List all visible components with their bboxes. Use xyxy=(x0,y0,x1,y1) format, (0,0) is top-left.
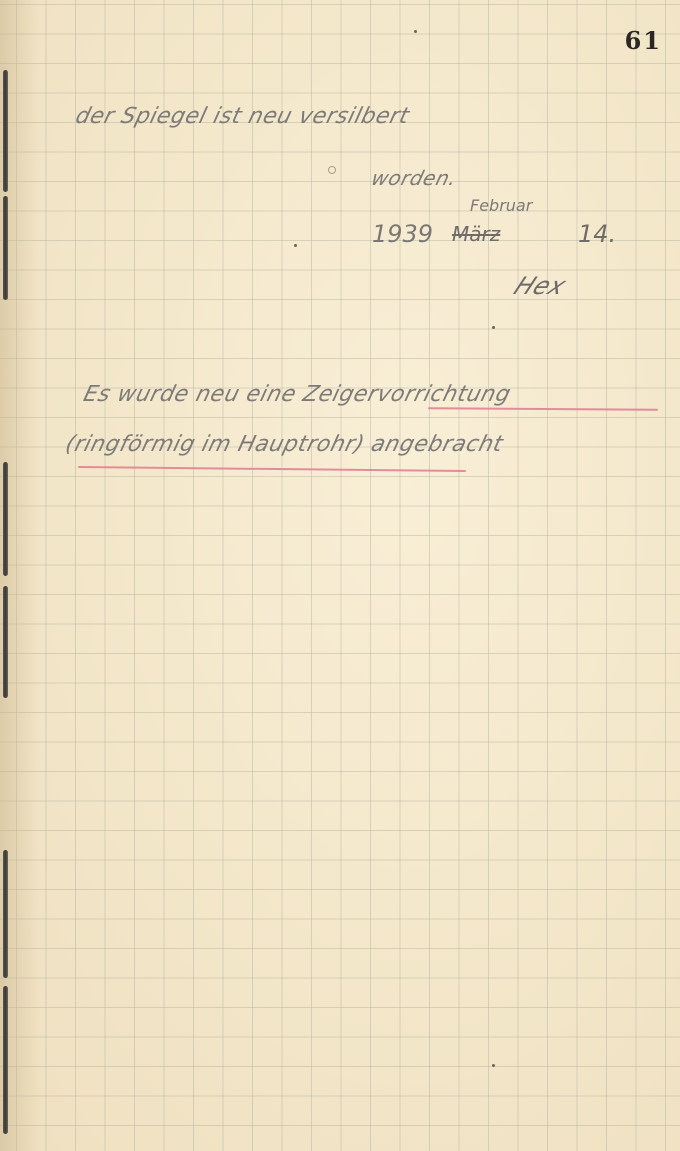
entry2-line2: (ringförmig im Hauptrohr) angebracht xyxy=(63,432,506,457)
binding-stitch xyxy=(3,462,8,576)
date-year: 1939 xyxy=(372,220,433,248)
notebook-page: 61 der Spiegel ist neu versilbert worden… xyxy=(0,0,680,1151)
page-number: 61 xyxy=(625,26,662,55)
paper-speck xyxy=(492,326,495,329)
date-month: Februar xyxy=(470,196,532,215)
binding-stitch xyxy=(3,850,8,978)
binding-stitch xyxy=(3,586,8,698)
paper-mark xyxy=(328,166,336,174)
paper-speck xyxy=(294,244,297,247)
entry-date: 1939 März Februar 14. xyxy=(370,196,630,256)
signature: Hex xyxy=(509,272,571,300)
paper-speck xyxy=(492,1064,495,1067)
entry1-line1: der Spiegel ist neu versilbert xyxy=(73,104,412,129)
paper-speck xyxy=(414,30,417,33)
date-day: 14. xyxy=(578,220,616,248)
binding-stitch xyxy=(3,196,8,300)
entry2-line1: Es wurde neu eine Zeigervorrichtung xyxy=(81,382,514,407)
date-struck-month: März xyxy=(452,222,500,246)
pink-underline xyxy=(78,466,466,472)
entry1-line2: worden. xyxy=(369,166,459,190)
binding-stitch xyxy=(3,986,8,1134)
binding-stitch xyxy=(3,70,8,192)
pink-underline xyxy=(428,407,658,411)
